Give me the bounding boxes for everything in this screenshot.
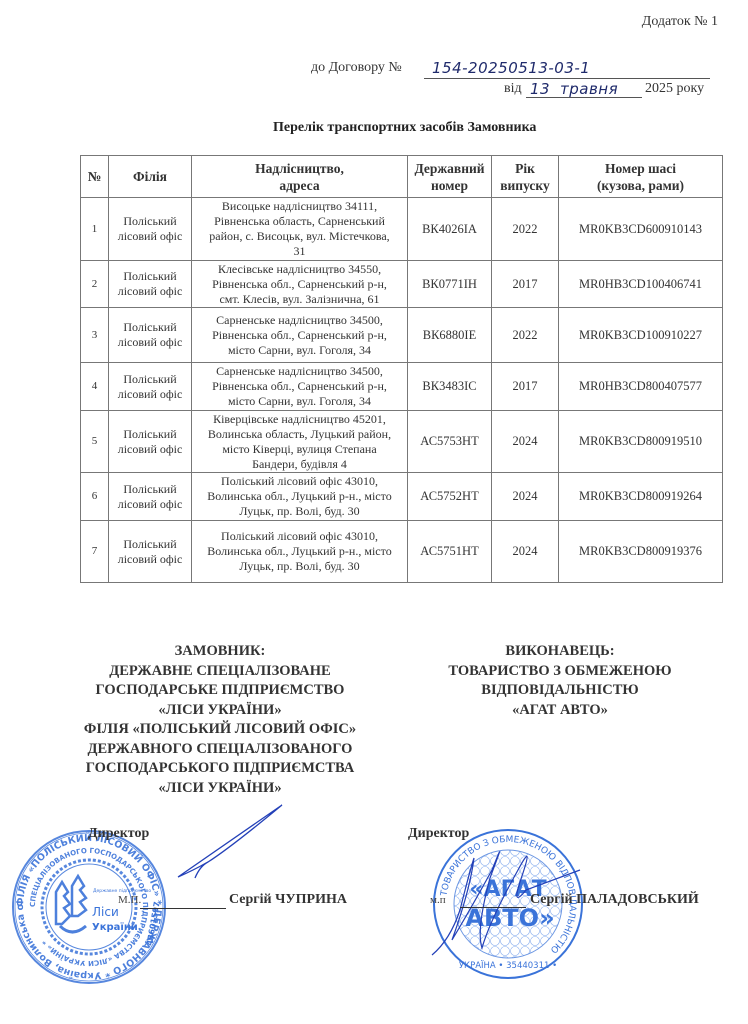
year-cell: 2022 [492, 308, 559, 363]
row-number: 7 [81, 521, 109, 583]
vin-cell: MR0KB3CD600910143 [559, 198, 723, 261]
address-cell: Сарненське надлісництво 34500, Рівненськ… [192, 363, 408, 411]
table-row: 7Поліський лісовий офісПоліський лісовий… [81, 521, 723, 583]
address-cell: Поліський лісовий офіс 43010, Волинська … [192, 521, 408, 583]
address-cell: Поліський лісовий офіс 43010, Волинська … [192, 473, 408, 521]
vehicles-table: №ФіліяНадлісництво,адресаДержавнийномерР… [80, 155, 723, 583]
address-cell: Клесівське надлісництво 34550, Рівненськ… [192, 261, 408, 308]
contractor-role: ВИКОНАВЕЦЬ: [410, 642, 710, 662]
party-name-line: ФІЛІЯ «ПОЛІСЬКИЙ ЛІСОВИЙ ОФІС» [70, 720, 370, 740]
table-row: 4Поліський лісовий офісСарненське надліс… [81, 363, 723, 411]
appendix-label: Додаток № 1 [642, 14, 718, 30]
branch-cell: Поліський лісовий офіс [109, 521, 192, 583]
branch-cell: Поліський лісовий офіс [109, 411, 192, 473]
column-header: Державнийномер [408, 156, 492, 198]
vin-cell: MR0HB3CD800407577 [559, 363, 723, 411]
plate-cell: ВК6880ІЕ [408, 308, 492, 363]
plate-cell: ВК4026ІА [408, 198, 492, 261]
plate-cell: АС5752НТ [408, 473, 492, 521]
vin-cell: MR0KB3CD800919376 [559, 521, 723, 583]
svg-text:СПЕЦІАЛІЗОВАНОГО ГОСПОДАРСЬКОГ: СПЕЦІАЛІЗОВАНОГО ГОСПОДАРСЬКОГО ПІДПРИЄМ… [29, 847, 149, 967]
date-year: 2025 року [645, 81, 704, 97]
svg-text:УКРАЇНА • 35440311 •: УКРАЇНА • 35440311 • [459, 960, 557, 971]
customer-stamp-icon: ФІЛІЯ «ПОЛІСЬКИЙ ЛІСОВИЙ ОФІС» * ДЕРЖАВН… [10, 826, 168, 988]
customer-block: ЗАМОВНИК: ДЕРЖАВНЕ СПЕЦІАЛІЗОВАНЕГОСПОДА… [70, 642, 370, 798]
contractor-signature-line [460, 907, 526, 908]
branch-cell: Поліський лісовий офіс [109, 261, 192, 308]
contractor-name: ТОВАРИСТВО З ОБМЕЖЕНОЮВІДПОВІДАЛЬНІСТЮ«А… [410, 662, 710, 721]
year-cell: 2024 [492, 521, 559, 583]
plate-cell: АС5751НТ [408, 521, 492, 583]
column-header: № [81, 156, 109, 198]
customer-seal-label: М.П. [118, 894, 141, 906]
contract-number: 154-20250513-03-1 [432, 59, 590, 77]
table-row: 2Поліський лісовий офісКлесівське надліс… [81, 261, 723, 308]
table-row: 5Поліський лісовий офісКіверцівське надл… [81, 411, 723, 473]
customer-role: ЗАМОВНИК: [70, 642, 370, 662]
party-name-line: ДЕРЖАВНЕ СПЕЦІАЛІЗОВАНЕ [70, 662, 370, 682]
year-cell: 2024 [492, 411, 559, 473]
branch-cell: Поліський лісовий офіс [109, 473, 192, 521]
row-number: 2 [81, 261, 109, 308]
contract-number-underline [424, 78, 710, 79]
contractor-signer-title: Директор [408, 826, 469, 842]
contractor-block: ВИКОНАВЕЦЬ: ТОВАРИСТВО З ОБМЕЖЕНОЮВІДПОВ… [410, 642, 710, 720]
party-name-line: «ЛІСИ УКРАЇНИ» [70, 779, 370, 799]
column-header: Надлісництво,адреса [192, 156, 408, 198]
branch-cell: Поліський лісовий офіс [109, 363, 192, 411]
customer-signer-name: Сергій ЧУПРИНА [229, 892, 347, 908]
column-header: Ріквипуску [492, 156, 559, 198]
branch-cell: Поліський лісовий офіс [109, 198, 192, 261]
date-month: травня [560, 80, 618, 98]
branch-cell: Поліський лісовий офіс [109, 308, 192, 363]
date-day: 13 [530, 80, 550, 98]
plate-cell: ВК0771ІН [408, 261, 492, 308]
party-name-line: ГОСПОДАРСЬКОГО ПІДПРИЄМСТВА [70, 759, 370, 779]
address-cell: Сарненське надлісництво 34500, Рівненськ… [192, 308, 408, 363]
date-prefix: від [504, 81, 522, 97]
year-cell: 2017 [492, 363, 559, 411]
party-name-line: ВІДПОВІДАЛЬНІСТЮ [410, 681, 710, 701]
vin-cell: MR0KB3CD100910227 [559, 308, 723, 363]
party-name-line: ТОВАРИСТВО З ОБМЕЖЕНОЮ [410, 662, 710, 682]
party-name-line: «ЛІСИ УКРАЇНИ» [70, 701, 370, 721]
address-cell: Ківерцівське надлісництво 45201, Волинсь… [192, 411, 408, 473]
contractor-signer-name: Сергій ПАЛАДОВСЬКИЙ [530, 892, 699, 908]
party-name-line: ГОСПОДАРСЬКЕ ПІДПРИЄМСТВО [70, 681, 370, 701]
vin-cell: MR0HB3CD100406741 [559, 261, 723, 308]
column-header: Філія [109, 156, 192, 198]
year-cell: 2022 [492, 198, 559, 261]
table-row: 3Поліський лісовий офісСарненське надліс… [81, 308, 723, 363]
plate-cell: АС5753НТ [408, 411, 492, 473]
party-name-line: ДЕРЖАВНОГО СПЕЦІАЛІЗОВАНОГО [70, 740, 370, 760]
svg-text:України: України [92, 921, 138, 933]
customer-signature-line [140, 908, 226, 909]
table-row: 1Поліський лісовий офісВисоцьке надлісни… [81, 198, 723, 261]
table-header-row: №ФіліяНадлісництво,адресаДержавнийномерР… [81, 156, 723, 198]
row-number: 6 [81, 473, 109, 521]
column-header: Номер шасі(кузова, рами) [559, 156, 723, 198]
vin-cell: MR0KB3CD800919264 [559, 473, 723, 521]
party-name-line: «АГАТ АВТО» [410, 701, 710, 721]
row-number: 5 [81, 411, 109, 473]
plate-cell: ВК3483ІС [408, 363, 492, 411]
year-cell: 2024 [492, 473, 559, 521]
row-number: 4 [81, 363, 109, 411]
address-cell: Висоцьке надлісництво 34111, Рівненська … [192, 198, 408, 261]
contract-prefix: до Договору № [311, 60, 402, 76]
customer-name: ДЕРЖАВНЕ СПЕЦІАЛІЗОВАНЕГОСПОДАРСЬКЕ ПІДП… [70, 662, 370, 799]
contractor-seal-label: м.п [430, 894, 446, 906]
customer-signature-icon [170, 800, 290, 885]
table-row: 6Поліський лісовий офісПоліський лісовий… [81, 473, 723, 521]
page-title: Перелік транспортних засобів Замовника [273, 120, 536, 136]
row-number: 3 [81, 308, 109, 363]
year-cell: 2017 [492, 261, 559, 308]
row-number: 1 [81, 198, 109, 261]
svg-text:Ліси: Ліси [92, 905, 119, 919]
vin-cell: MR0KB3CD800919510 [559, 411, 723, 473]
table-body: 1Поліський лісовий офісВисоцьке надлісни… [81, 198, 723, 583]
customer-signer-title: Директор [88, 826, 149, 842]
